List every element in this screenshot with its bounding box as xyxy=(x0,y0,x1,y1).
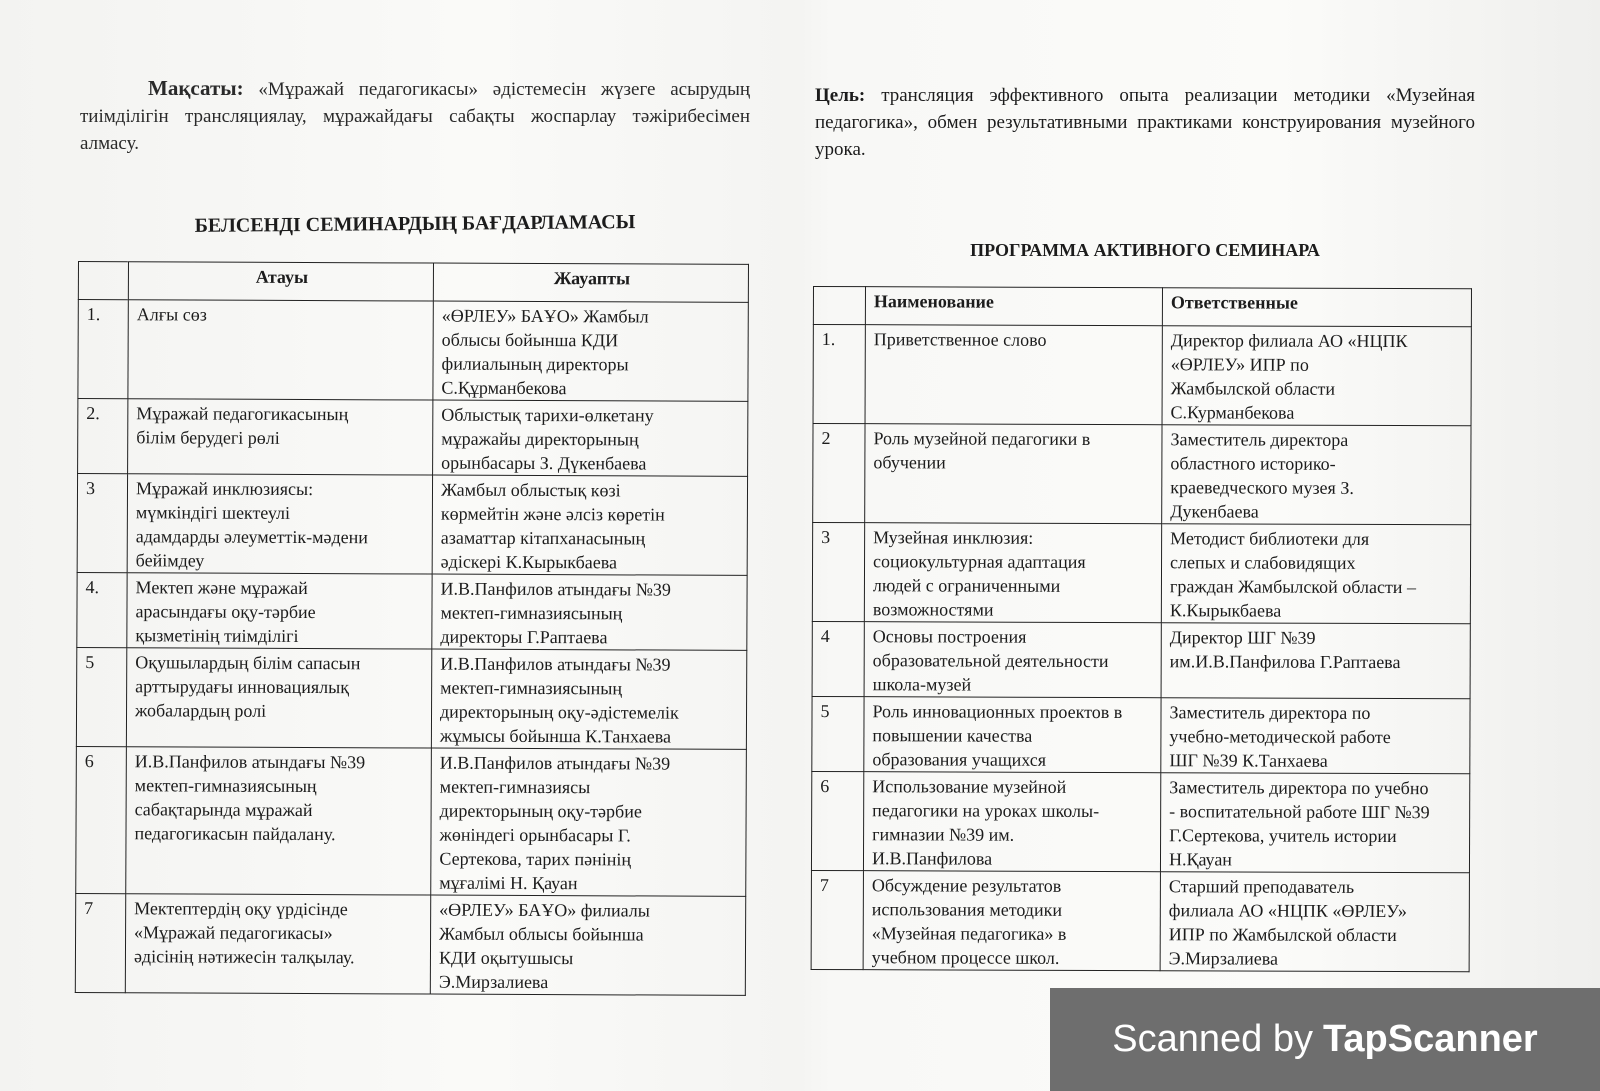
row-topic: Роль инновационных проектов в повышении … xyxy=(864,697,1161,773)
row-topic: Использование музейной педагогики на уро… xyxy=(863,772,1160,872)
goal-paragraph-ru: Цель: трансляция эффективного опыта реал… xyxy=(815,82,1475,163)
row-responsible: Облыстық тарихи-өлкетану мұражайы директ… xyxy=(433,400,748,476)
header-num xyxy=(78,262,128,300)
left-page-kazakh: Мақсаты: «Мұражай педагогикасы» әдістеме… xyxy=(80,75,750,157)
row-number: 5 xyxy=(812,696,864,771)
row-number: 6 xyxy=(76,746,127,893)
row-topic: И.В.Панфилов атындағы №39 мектеп-гимнази… xyxy=(126,747,432,895)
table-row: 1.Приветственное словоДиректор филиала А… xyxy=(813,325,1471,426)
table-header-row: Атауы Жауапты xyxy=(78,262,748,303)
table-row: 4Основы построения образовательной деяте… xyxy=(812,621,1470,698)
row-responsible: И.В.Панфилов атындағы №39 мектеп-гимнази… xyxy=(432,574,747,650)
row-number: 7 xyxy=(75,893,125,992)
row-responsible: И.В.Панфилов атындағы №39 мектеп-гимнази… xyxy=(431,748,747,896)
header-name: Наименование xyxy=(865,287,1162,326)
row-number: 2. xyxy=(78,399,128,474)
header-responsible: Жауапты xyxy=(433,263,748,302)
row-topic: Мұражай инклюзиясы: мүмкіндігі шектеулі … xyxy=(127,474,432,574)
table-row: 6Использование музейной педагогики на ур… xyxy=(811,771,1469,872)
row-responsible: И.В.Панфилов атындағы №39 мектеп-гимнази… xyxy=(431,649,746,749)
table-header-row: Наименование Ответственные xyxy=(813,287,1471,327)
table-row: 7Мектептердің оқу үрдісінде «Мұражай пед… xyxy=(75,893,745,995)
row-responsible: Директор филиала АО «НЦПК «ӨРЛЕУ» ИПР по… xyxy=(1162,326,1471,426)
row-topic: Мұражай педагогикасының білім берудегі р… xyxy=(128,399,433,475)
row-number: 1. xyxy=(813,325,865,424)
table-row: 4.Мектеп және мұражай арасындағы оқу-тәр… xyxy=(77,572,747,650)
row-responsible: «ӨРЛЕУ» БАҰО» Жамбыл облысы бойынша КДИ … xyxy=(433,301,748,401)
row-responsible: Заместитель директора по учебно - воспит… xyxy=(1160,773,1469,873)
table-row: 6И.В.Панфилов атындағы №39 мектеп-гимназ… xyxy=(76,746,747,896)
table-row: 1.Алғы сөз«ӨРЛЕУ» БАҰО» Жамбыл облысы бо… xyxy=(78,300,748,402)
goal-text: трансляция эффективного опыта реализации… xyxy=(815,85,1475,160)
row-number: 4 xyxy=(812,621,864,696)
goal-paragraph-kz: Мақсаты: «Мұражай педагогикасы» әдістеме… xyxy=(80,75,750,157)
row-responsible: Старший преподаватель филиала АО «НЦПК «… xyxy=(1160,872,1469,972)
table-row: 3Мұражай инклюзиясы: мүмкіндігі шектеулі… xyxy=(77,474,747,576)
row-topic: Роль музейной педагогики в обучении xyxy=(865,424,1162,524)
header-num xyxy=(813,287,865,325)
program-heading-ru: ПРОГРАММА АКТИВНОГО СЕМИНАРА xyxy=(815,240,1475,261)
row-number: 6 xyxy=(811,771,863,870)
row-number: 1. xyxy=(78,300,128,399)
row-topic: Приветственное слово xyxy=(865,325,1162,425)
row-topic: Обсуждение результатов использования мет… xyxy=(863,871,1160,971)
table-row: 2Роль музейной педагогики в обученииЗаме… xyxy=(813,424,1471,525)
row-responsible: Директор ШГ №39 им.И.В.Панфилова Г.Рапта… xyxy=(1161,623,1470,699)
program-table-kz: Атауы Жауапты 1.Алғы сөз«ӨРЛЕУ» БАҰО» Жа… xyxy=(75,261,749,996)
goal-label: Цель: xyxy=(815,85,865,106)
table-row: 3Музейная инклюзия: социокультурная адап… xyxy=(812,523,1470,624)
row-number: 3 xyxy=(77,474,127,573)
tapscanner-watermark: Scanned byTapScanner xyxy=(1050,988,1600,1091)
watermark-prefix: Scanned by xyxy=(1112,1018,1313,1061)
row-number: 7 xyxy=(811,870,863,969)
row-responsible: «ӨРЛЕУ» БАҰО» филиалы Жамбыл облысы бойы… xyxy=(430,895,745,995)
row-topic: Основы построения образовательной деятел… xyxy=(864,622,1161,698)
row-responsible: Заместитель директора по учебно-методиче… xyxy=(1161,698,1470,774)
row-topic: Музейная инклюзия: социокультурная адапт… xyxy=(864,523,1161,623)
table-row: 5Оқушылардың білім сапасын арттырудағы и… xyxy=(76,647,746,749)
header-name: Атауы xyxy=(128,262,433,301)
row-responsible: Заместитель директора областного историк… xyxy=(1162,425,1471,525)
row-topic: Оқушылардың білім сапасын арттырудағы ин… xyxy=(126,648,431,748)
watermark-brand: TapScanner xyxy=(1323,1018,1538,1061)
table-row: 2.Мұражай педагогикасының білім берудегі… xyxy=(78,399,748,477)
row-responsible: Методист библиотеки для слепых и слабови… xyxy=(1161,524,1470,624)
goal-label: Мақсаты: xyxy=(148,76,244,100)
row-topic: Мектептердің оқу үрдісінде «Мұражай педа… xyxy=(125,894,430,994)
header-responsible: Ответственные xyxy=(1162,288,1471,327)
row-number: 2 xyxy=(813,424,865,523)
table-row: 5Роль инновационных проектов в повышении… xyxy=(812,696,1470,773)
right-page-russian: Цель: трансляция эффективного опыта реал… xyxy=(815,82,1475,163)
row-topic: Мектеп және мұражай арасындағы оқу-тәрби… xyxy=(127,573,432,649)
row-number: 3 xyxy=(812,523,864,622)
row-topic: Алғы сөз xyxy=(128,300,433,400)
row-number: 5 xyxy=(76,647,126,746)
table-row: 7Обсуждение результатов использования ме… xyxy=(811,870,1469,971)
program-table-ru: Наименование Ответственные 1.Приветствен… xyxy=(811,286,1472,972)
row-number: 4. xyxy=(77,572,127,647)
row-responsible: Жамбыл облыстық көзі көрмейтін және әлсі… xyxy=(432,475,747,575)
